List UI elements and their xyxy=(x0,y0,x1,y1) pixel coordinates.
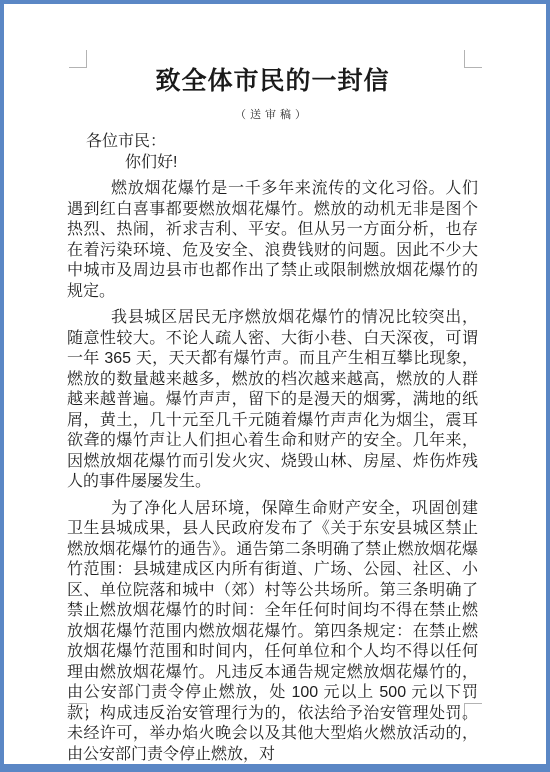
body-paragraph-2: 我县城区居民无序燃放烟花爆竹的情况比较突出，随意性较大。不论人疏人密、大街小巷、… xyxy=(67,308,478,493)
window-frame: 致全体市民的一封信 （送审稿） 各位市民： 你们好! 燃放烟花爆竹是一千多年来流… xyxy=(0,0,550,772)
draft-label: （送审稿） xyxy=(67,108,478,122)
body-paragraph-3: 为了净化人居环境，保障生命财产安全，巩固创建卫生县城成果，县人民政府发布了《关于… xyxy=(67,499,478,766)
salutation-line: 各位市民： xyxy=(86,132,478,153)
body-paragraph-1: 燃放烟花爆竹是一千多年来流传的文化习俗。人们遇到红白喜事都要燃放烟花爆竹。燃放的… xyxy=(67,179,478,302)
page-title: 致全体市民的一封信 xyxy=(67,66,478,96)
bottom-shadow-bar xyxy=(0,768,550,772)
document-page: 致全体市民的一封信 （送审稿） 各位市民： 你们好! 燃放烟花爆竹是一千多年来流… xyxy=(4,4,546,764)
greeting-line: 你们好! xyxy=(125,153,478,174)
document-text-block: 致全体市民的一封信 （送审稿） 各位市民： 你们好! 燃放烟花爆竹是一千多年来流… xyxy=(67,66,478,765)
